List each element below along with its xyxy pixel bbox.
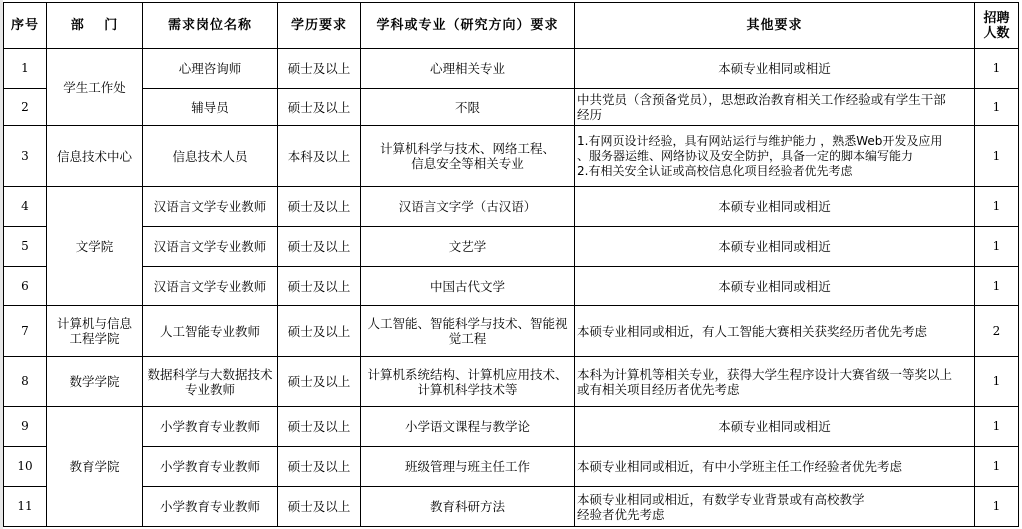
header-department: 部 门 [47,3,143,49]
cell-major: 教育科研方法 [361,487,575,527]
cell-count: 1 [975,267,1019,306]
cell-seq: 11 [4,487,47,527]
cell-seq: 2 [4,89,47,126]
cell-position: 汉语言文学专业教师 [143,227,278,267]
cell-count: 1 [975,187,1019,227]
cell-position: 辅导员 [143,89,278,126]
cell-seq: 1 [4,49,47,89]
table-row: 1 学生工作处 心理咨询师 硕士及以上 心理相关专业 本硕专业相同或相近 1 [4,49,1019,89]
cell-department: 教育学院 [47,407,143,527]
header-other: 其他要求 [575,3,975,49]
cell-count: 1 [975,357,1019,407]
table-row: 9 教育学院 小学教育专业教师 硕士及以上 小学语文课程与教学论 本硕专业相同或… [4,407,1019,447]
cell-major: 小学语文课程与教学论 [361,407,575,447]
header-major: 学科或专业（研究方向）要求 [361,3,575,49]
cell-count: 1 [975,89,1019,126]
cell-position: 汉语言文学专业教师 [143,267,278,306]
cell-position: 数据科学与大数据技术 专业教师 [143,357,278,407]
recruitment-table: 序号 部 门 需求岗位名称 学历要求 学科或专业（研究方向）要求 其他要求 招聘… [3,2,1019,527]
cell-count: 1 [975,487,1019,527]
table-row: 5 汉语言文学专业教师 硕士及以上 文艺学 本硕专业相同或相近 1 [4,227,1019,267]
header-seq: 序号 [4,3,47,49]
cell-major: 计算机科学与技术、网络工程、 信息安全等相关专业 [361,126,575,187]
cell-education: 硕士及以上 [278,49,361,89]
header-education: 学历要求 [278,3,361,49]
cell-major: 人工智能、智能科学与技术、智能视 觉工程 [361,306,575,357]
cell-education: 硕士及以上 [278,407,361,447]
cell-position: 汉语言文学专业教师 [143,187,278,227]
cell-count: 1 [975,49,1019,89]
cell-position: 信息技术人员 [143,126,278,187]
cell-education: 硕士及以上 [278,487,361,527]
cell-other: 本硕专业相同或相近 [575,407,975,447]
cell-seq: 7 [4,306,47,357]
cell-other: 本硕专业相同或相近，有中小学班主任工作经验者优先考虑 [575,447,975,487]
cell-count: 1 [975,447,1019,487]
cell-education: 硕士及以上 [278,187,361,227]
cell-education: 硕士及以上 [278,447,361,487]
cell-department: 文学院 [47,187,143,306]
cell-other: 本硕专业相同或相近 [575,227,975,267]
cell-other: 1.有网页设计经验，具有网站运行与维护能力 ，熟悉Web开发及应用 、服务器运维… [575,126,975,187]
cell-education: 硕士及以上 [278,267,361,306]
cell-department: 信息技术中心 [47,126,143,187]
cell-education: 硕士及以上 [278,227,361,267]
cell-seq: 4 [4,187,47,227]
cell-education: 本科及以上 [278,126,361,187]
cell-seq: 10 [4,447,47,487]
cell-department: 计算机与信息 工程学院 [47,306,143,357]
cell-count: 2 [975,306,1019,357]
table-row: 8 数学学院 数据科学与大数据技术 专业教师 硕士及以上 计算机系统结构、计算机… [4,357,1019,407]
cell-count: 1 [975,227,1019,267]
header-position: 需求岗位名称 [143,3,278,49]
cell-education: 硕士及以上 [278,357,361,407]
cell-education: 硕士及以上 [278,89,361,126]
cell-department: 数学学院 [47,357,143,407]
cell-other: 中共党员（含预备党员），思想政治教育相关工作经验或有学生干部 经历 [575,89,975,126]
cell-seq: 8 [4,357,47,407]
table-row: 2 辅导员 硕士及以上 不限 中共党员（含预备党员），思想政治教育相关工作经验或… [4,89,1019,126]
cell-position: 心理咨询师 [143,49,278,89]
cell-position: 小学教育专业教师 [143,407,278,447]
table-row: 7 计算机与信息 工程学院 人工智能专业教师 硕士及以上 人工智能、智能科学与技… [4,306,1019,357]
table-row: 6 汉语言文学专业教师 硕士及以上 中国古代文学 本硕专业相同或相近 1 [4,267,1019,306]
cell-major: 计算机系统结构、计算机应用技术、 计算机科学技术等 [361,357,575,407]
cell-major: 中国古代文学 [361,267,575,306]
cell-other: 本硕专业相同或相近 [575,187,975,227]
cell-department: 学生工作处 [47,49,143,126]
cell-major: 汉语言文字学（古汉语） [361,187,575,227]
header-row: 序号 部 门 需求岗位名称 学历要求 学科或专业（研究方向）要求 其他要求 招聘… [4,3,1019,49]
cell-major: 心理相关专业 [361,49,575,89]
cell-count: 1 [975,126,1019,187]
cell-other: 本硕专业相同或相近，有数学专业背景或有高校教学 经验者优先考虑 [575,487,975,527]
cell-other: 本硕专业相同或相近 [575,267,975,306]
cell-position: 人工智能专业教师 [143,306,278,357]
cell-education: 硕士及以上 [278,306,361,357]
cell-seq: 3 [4,126,47,187]
cell-major: 文艺学 [361,227,575,267]
table-row: 10 小学教育专业教师 硕士及以上 班级管理与班主任工作 本硕专业相同或相近，有… [4,447,1019,487]
cell-other: 本硕专业相同或相近 [575,49,975,89]
cell-major: 不限 [361,89,575,126]
table-row: 4 文学院 汉语言文学专业教师 硕士及以上 汉语言文字学（古汉语） 本硕专业相同… [4,187,1019,227]
table-row: 3 信息技术中心 信息技术人员 本科及以上 计算机科学与技术、网络工程、 信息安… [4,126,1019,187]
cell-other: 本硕专业相同或相近，有人工智能大赛相关获奖经历者优先考虑 [575,306,975,357]
cell-major: 班级管理与班主任工作 [361,447,575,487]
header-count: 招聘 人数 [975,3,1019,49]
cell-seq: 9 [4,407,47,447]
cell-seq: 6 [4,267,47,306]
cell-position: 小学教育专业教师 [143,487,278,527]
cell-other: 本科为计算机等相关专业，获得大学生程序设计大赛省级一等奖以上 或有相关项目经历者… [575,357,975,407]
cell-count: 1 [975,407,1019,447]
table-row: 11 小学教育专业教师 硕士及以上 教育科研方法 本硕专业相同或相近，有数学专业… [4,487,1019,527]
cell-position: 小学教育专业教师 [143,447,278,487]
cell-seq: 5 [4,227,47,267]
